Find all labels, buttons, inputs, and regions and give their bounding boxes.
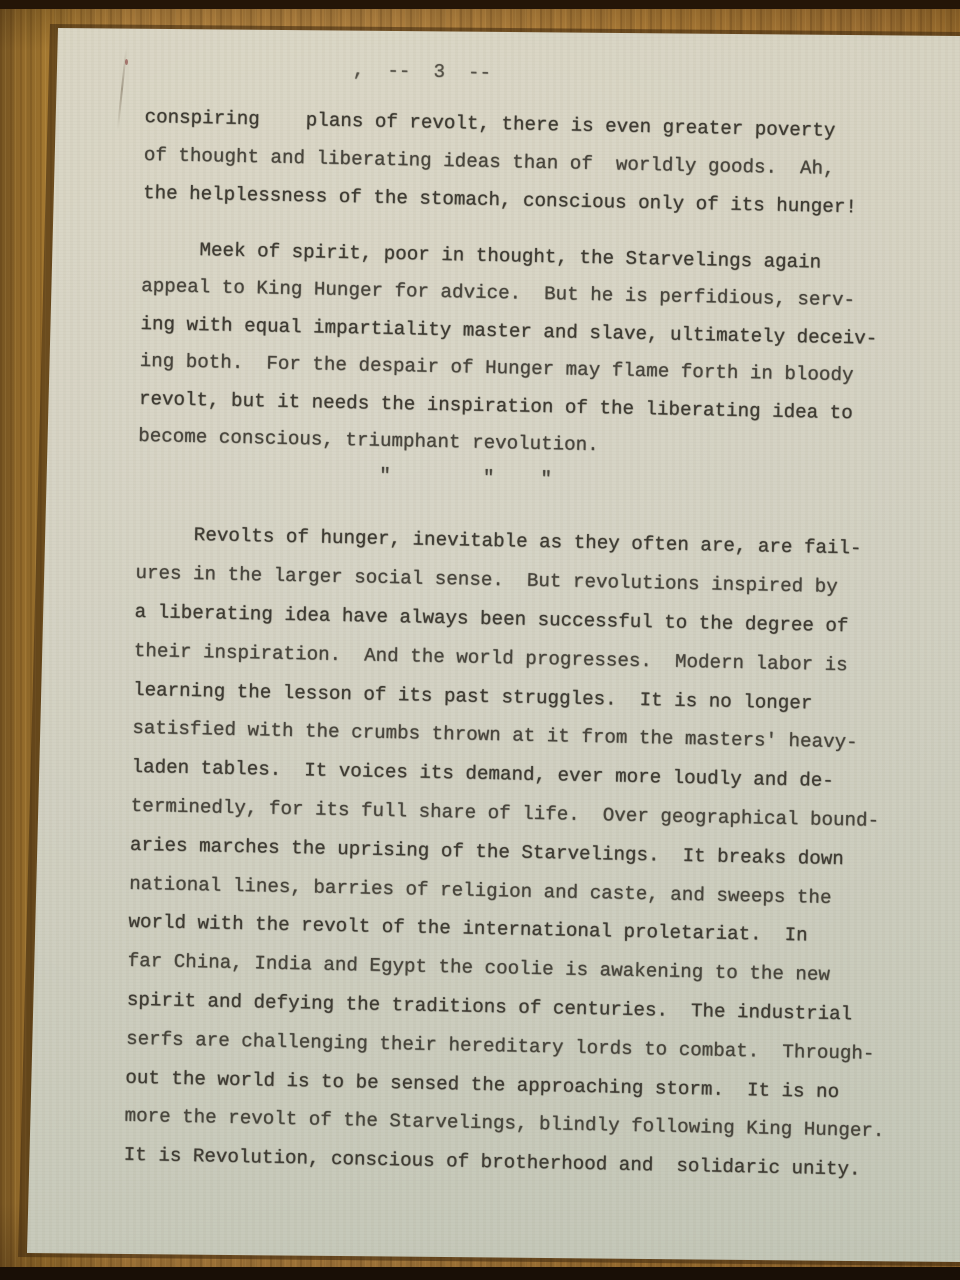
text-line: ures in the larger social sense. But rev… [135,554,936,609]
text-line: spirit and defying the traditions of cen… [126,981,927,1036]
text-line: aries marches the uprising of the Starve… [130,826,931,881]
paragraph-king-hunger: Meek of spirit, poor in thought, the Sta… [138,231,942,471]
text-line: world with the revolt of the internation… [128,903,929,958]
text-line: It is Revolution, conscious of brotherho… [123,1136,924,1191]
document-page: , -- 3 -- conspiring plans of revolt, th… [0,0,960,1280]
text-line: ing with equal impartiality master and s… [140,306,941,359]
text-line: their inspiration. And the world progres… [133,632,934,687]
text-line: national lines, barries of religion and … [129,864,930,919]
paragraph-revolts-of-hunger: Revolts of hunger, inevitable as they of… [123,515,936,1190]
scene: , -- 3 -- conspiring plans of revolt, th… [0,0,960,1280]
text-line: of thought and liberating ideas than of … [143,136,944,190]
text-line: revolt, but it needs the inspiration of … [139,381,940,434]
text-line: a liberating idea have always been succe… [134,593,935,648]
text-line: learning the lesson of its past struggle… [133,670,934,725]
dark-strip-top [0,0,960,9]
text-line: ing both. For the despair of Hunger may … [139,343,940,396]
text-line: Meek of spirit, poor in thought, the Sta… [142,231,943,284]
typewritten-text: , -- 3 -- conspiring plans of revolt, th… [123,47,945,1191]
text-line: satisfied with the crumbs thrown at it f… [132,709,933,764]
text-line: appeal to King Hunger for advice. But he… [141,268,942,321]
text-line: laden tables. It voices its demand, ever… [131,748,932,803]
photograph-of-typewritten-page: { "doc": { "description": "Typewritten m… [0,0,960,1280]
page-number: , -- 3 -- [145,47,946,101]
text-line: become conscious, triumphant revolution. [138,418,939,471]
section-separator: " " " [137,455,937,503]
text-line: Revolts of hunger, inevitable as they of… [136,515,937,570]
text-line: far China, India and Egypt the coolie is… [127,942,928,997]
text-line: more the revolt of the Starvelings, blin… [124,1097,925,1152]
dark-strip-bottom [0,1267,960,1280]
text-line: terminedly, for its full share of life. … [130,787,931,842]
text-line: the helplessness of the stomach, conscio… [143,174,944,228]
text-line: out the world is to be sensed the approa… [125,1058,926,1113]
text-line: conspiring plans of revolt, there is eve… [144,98,945,152]
text-line: serfs are challenging their hereditary l… [126,1020,927,1075]
red-speck [125,59,128,65]
scratch-mark [117,48,128,130]
paragraph-hunger-poverty: conspiring plans of revolt, there is eve… [143,98,945,228]
